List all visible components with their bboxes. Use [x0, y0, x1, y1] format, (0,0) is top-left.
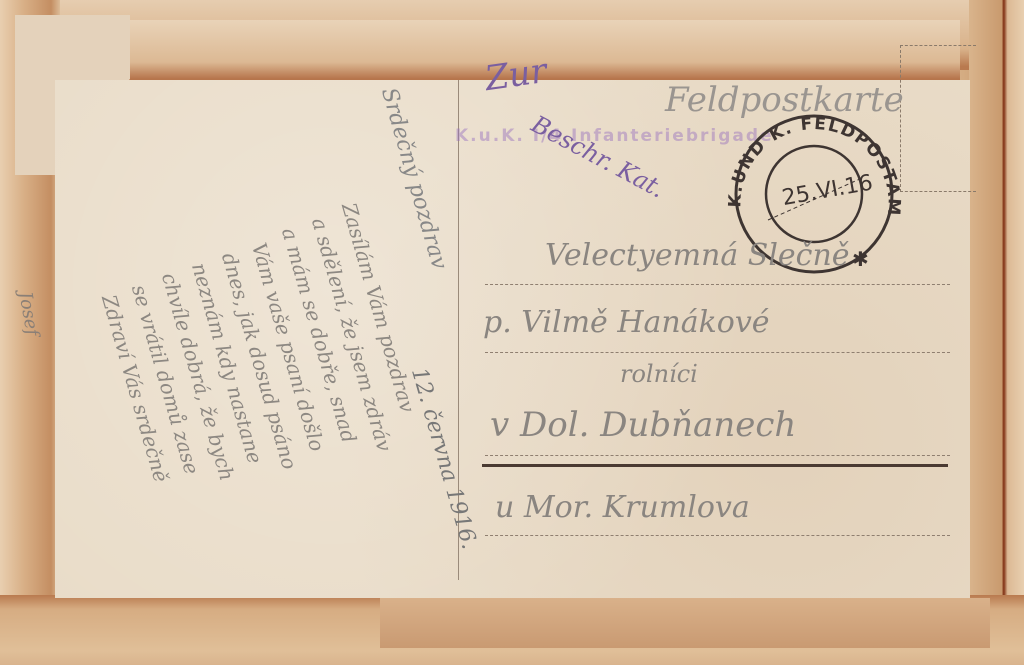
address-rule-2: [485, 352, 950, 353]
address-rule-4: [485, 535, 950, 536]
address-line-3: rolníci: [620, 360, 698, 388]
address-line-5: u Mor. Krumlova: [495, 490, 750, 525]
svg-text:✱: ✱: [852, 247, 869, 271]
tape-right: [969, 0, 1024, 665]
address-line-4: v Dol. Dubňanech: [490, 405, 796, 445]
address-line-2: p. Vilmě Hanákové: [483, 305, 770, 340]
address-line-1: Velectyemná Slečně: [545, 238, 850, 273]
censor-signature-line1: Zur: [483, 51, 550, 99]
address-rule-1: [485, 284, 950, 285]
address-rule-3: [485, 455, 950, 456]
bottom-stain: [380, 598, 990, 648]
address-rule-solid: [482, 464, 948, 467]
